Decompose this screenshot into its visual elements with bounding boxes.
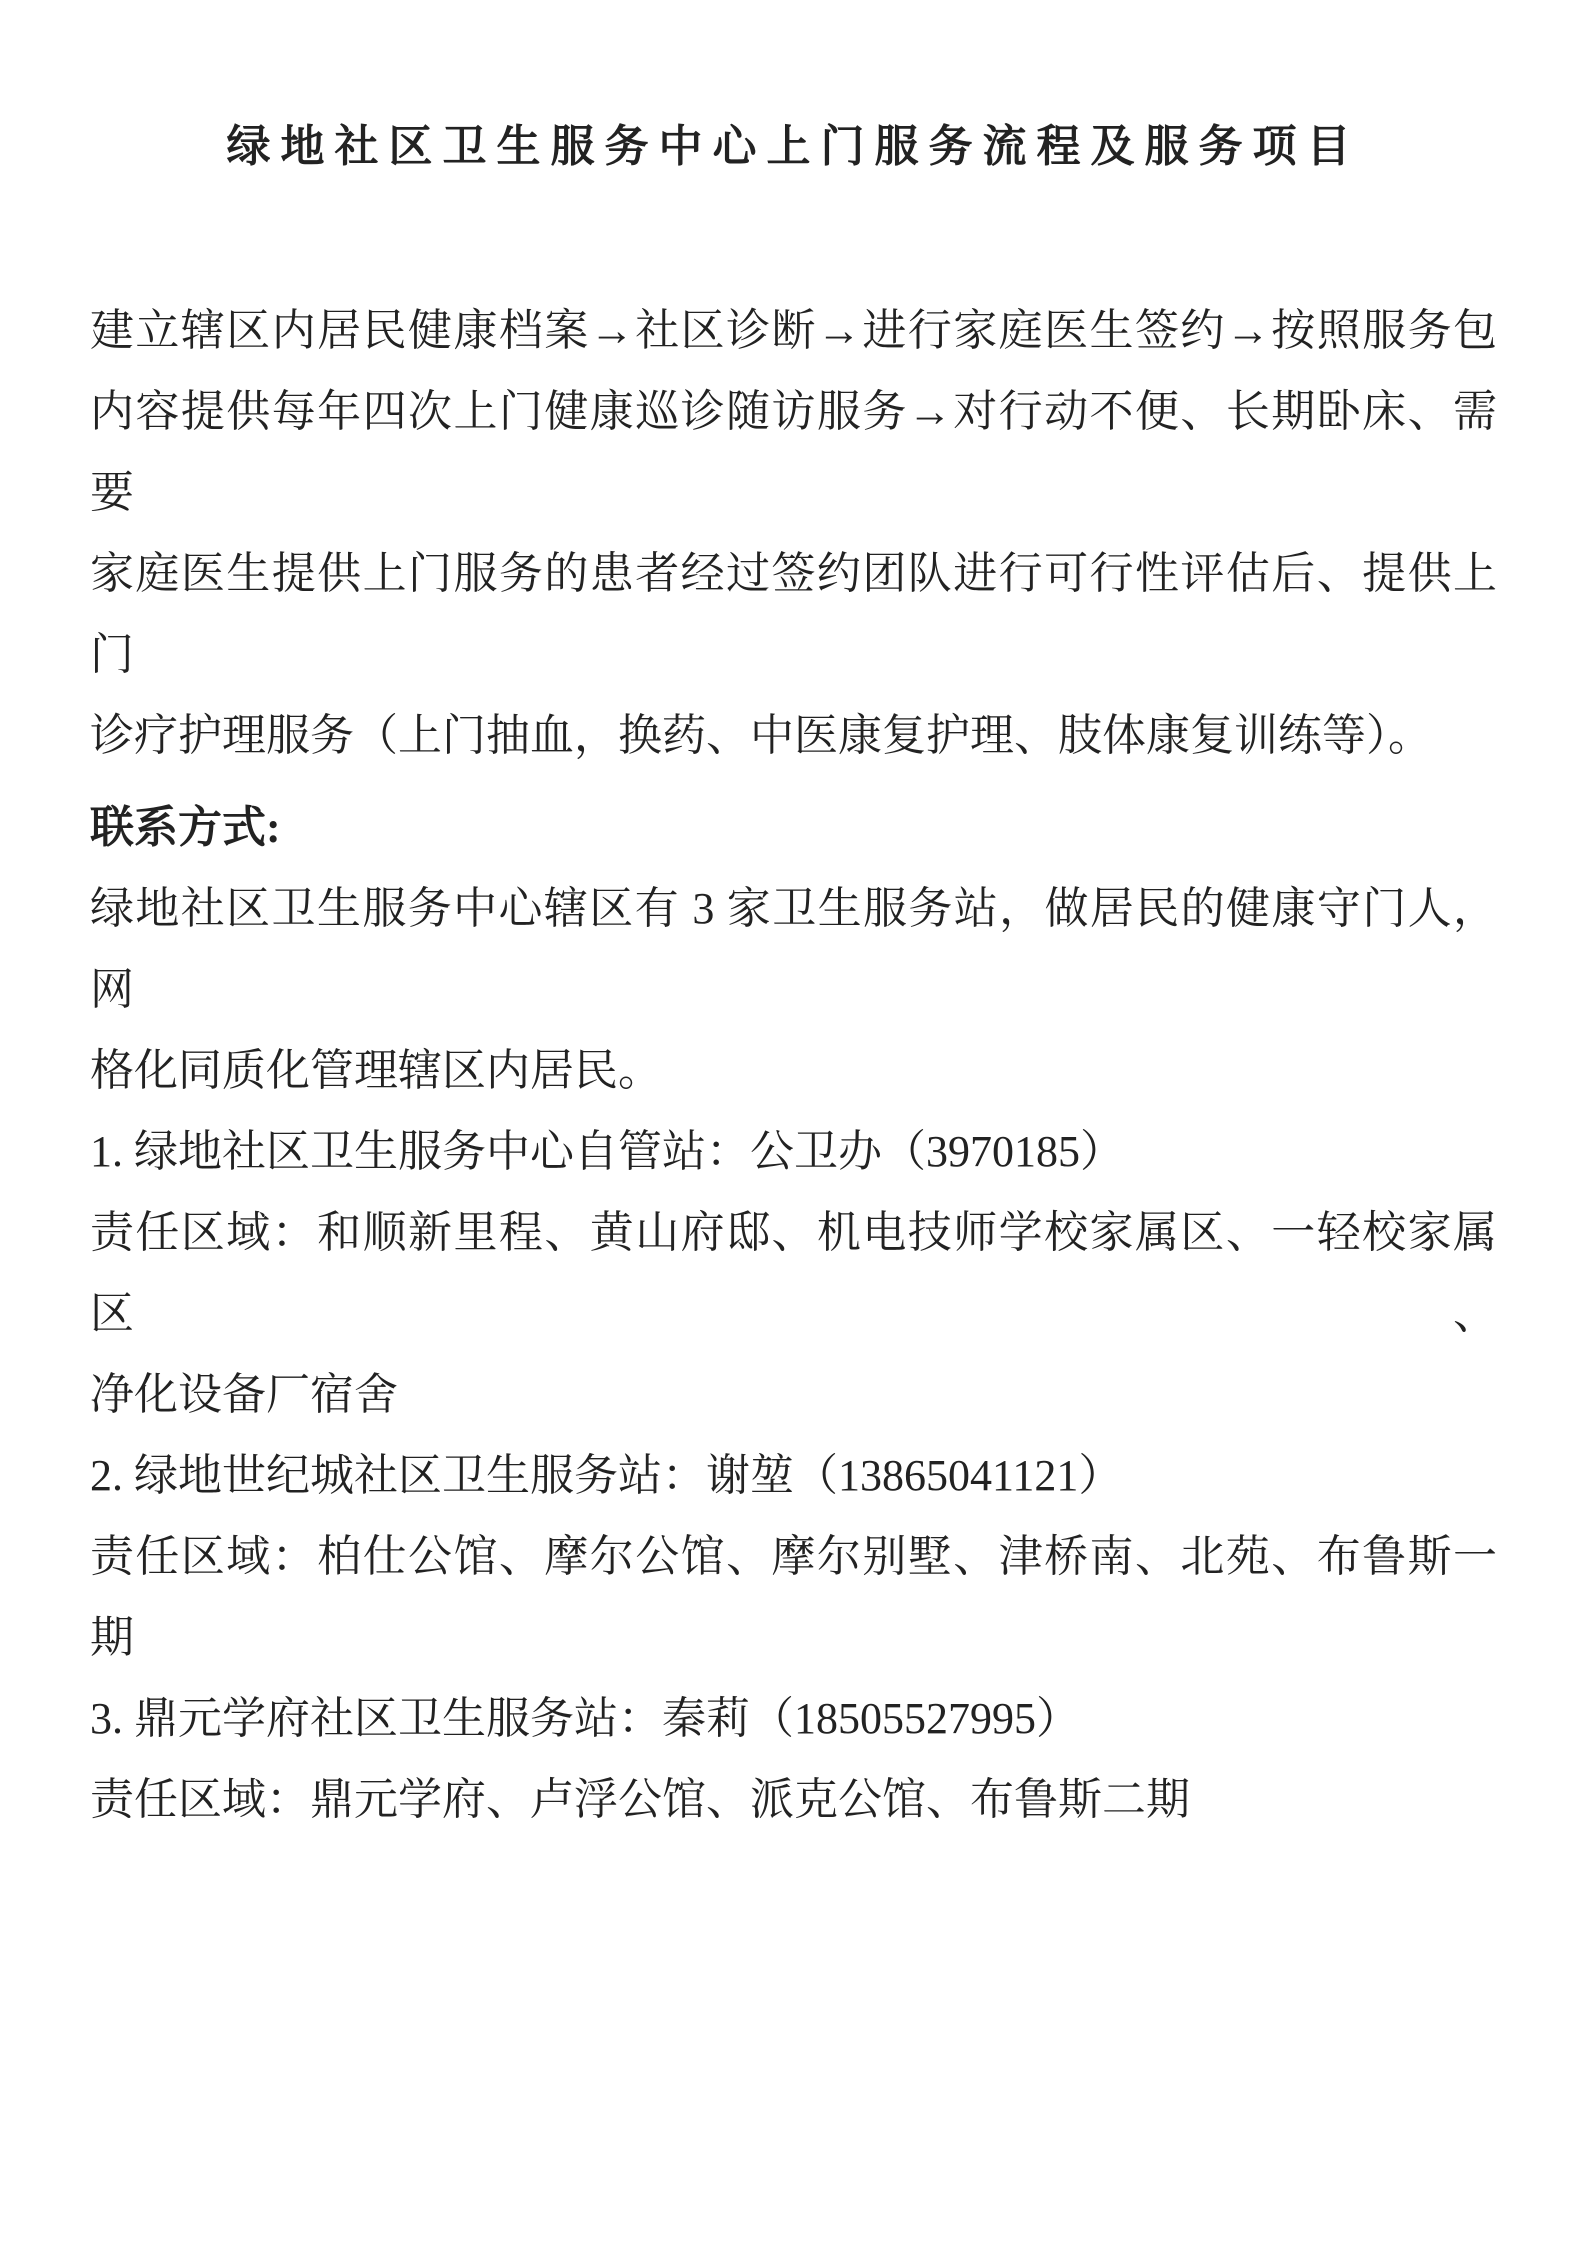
station-3-area-line-1: 责任区域：鼎元学府、卢浮公馆、派克公馆、布鲁斯二期 bbox=[90, 1759, 1497, 1840]
document-page: 绿地社区卫生服务中心上门服务流程及服务项目 建立辖区内居民健康档案→社区诊断→进… bbox=[0, 0, 1587, 2245]
document-body: 建立辖区内居民健康档案→社区诊断→进行家庭医生签约→按照服务包 内容提供每年四次… bbox=[90, 290, 1497, 1840]
contact-heading: 联系方式: bbox=[90, 787, 1497, 868]
station-3-title: 3. 鼎元学府社区卫生服务站：秦莉（18505527995） bbox=[90, 1678, 1497, 1759]
station-1-title: 1. 绿地社区卫生服务中心自管站：公卫办（3970185） bbox=[90, 1111, 1497, 1192]
service-flow-line-4: 诊疗护理服务（上门抽血，换药、中医康复护理、肢体康复训练等）。 bbox=[90, 695, 1497, 776]
station-2-area-line-1: 责任区域：柏仕公馆、摩尔公馆、摩尔别墅、津桥南、北苑、布鲁斯一期 bbox=[90, 1516, 1497, 1678]
contact-intro-line-2: 格化同质化管理辖区内居民。 bbox=[90, 1030, 1497, 1111]
station-2-title: 2. 绿地世纪城社区卫生服务站：谢堃（13865041121） bbox=[90, 1435, 1497, 1516]
contact-intro-line-1: 绿地社区卫生服务中心辖区有 3 家卫生服务站，做居民的健康守门人，网 bbox=[90, 868, 1497, 1030]
station-1-area-line-1: 责任区域：和顺新里程、黄山府邸、机电技师学校家属区、一轻校家属区、 bbox=[90, 1192, 1497, 1354]
service-flow-line-2: 内容提供每年四次上门健康巡诊随访服务→对行动不便、长期卧床、需要 bbox=[90, 371, 1497, 533]
document-title: 绿地社区卫生服务中心上门服务流程及服务项目 bbox=[0, 0, 1587, 176]
station-1-area-line-2: 净化设备厂宿舍 bbox=[90, 1354, 1497, 1435]
service-flow-line-1: 建立辖区内居民健康档案→社区诊断→进行家庭医生签约→按照服务包 bbox=[90, 290, 1497, 371]
service-flow-line-3: 家庭医生提供上门服务的患者经过签约团队进行可行性评估后、提供上门 bbox=[90, 533, 1497, 695]
